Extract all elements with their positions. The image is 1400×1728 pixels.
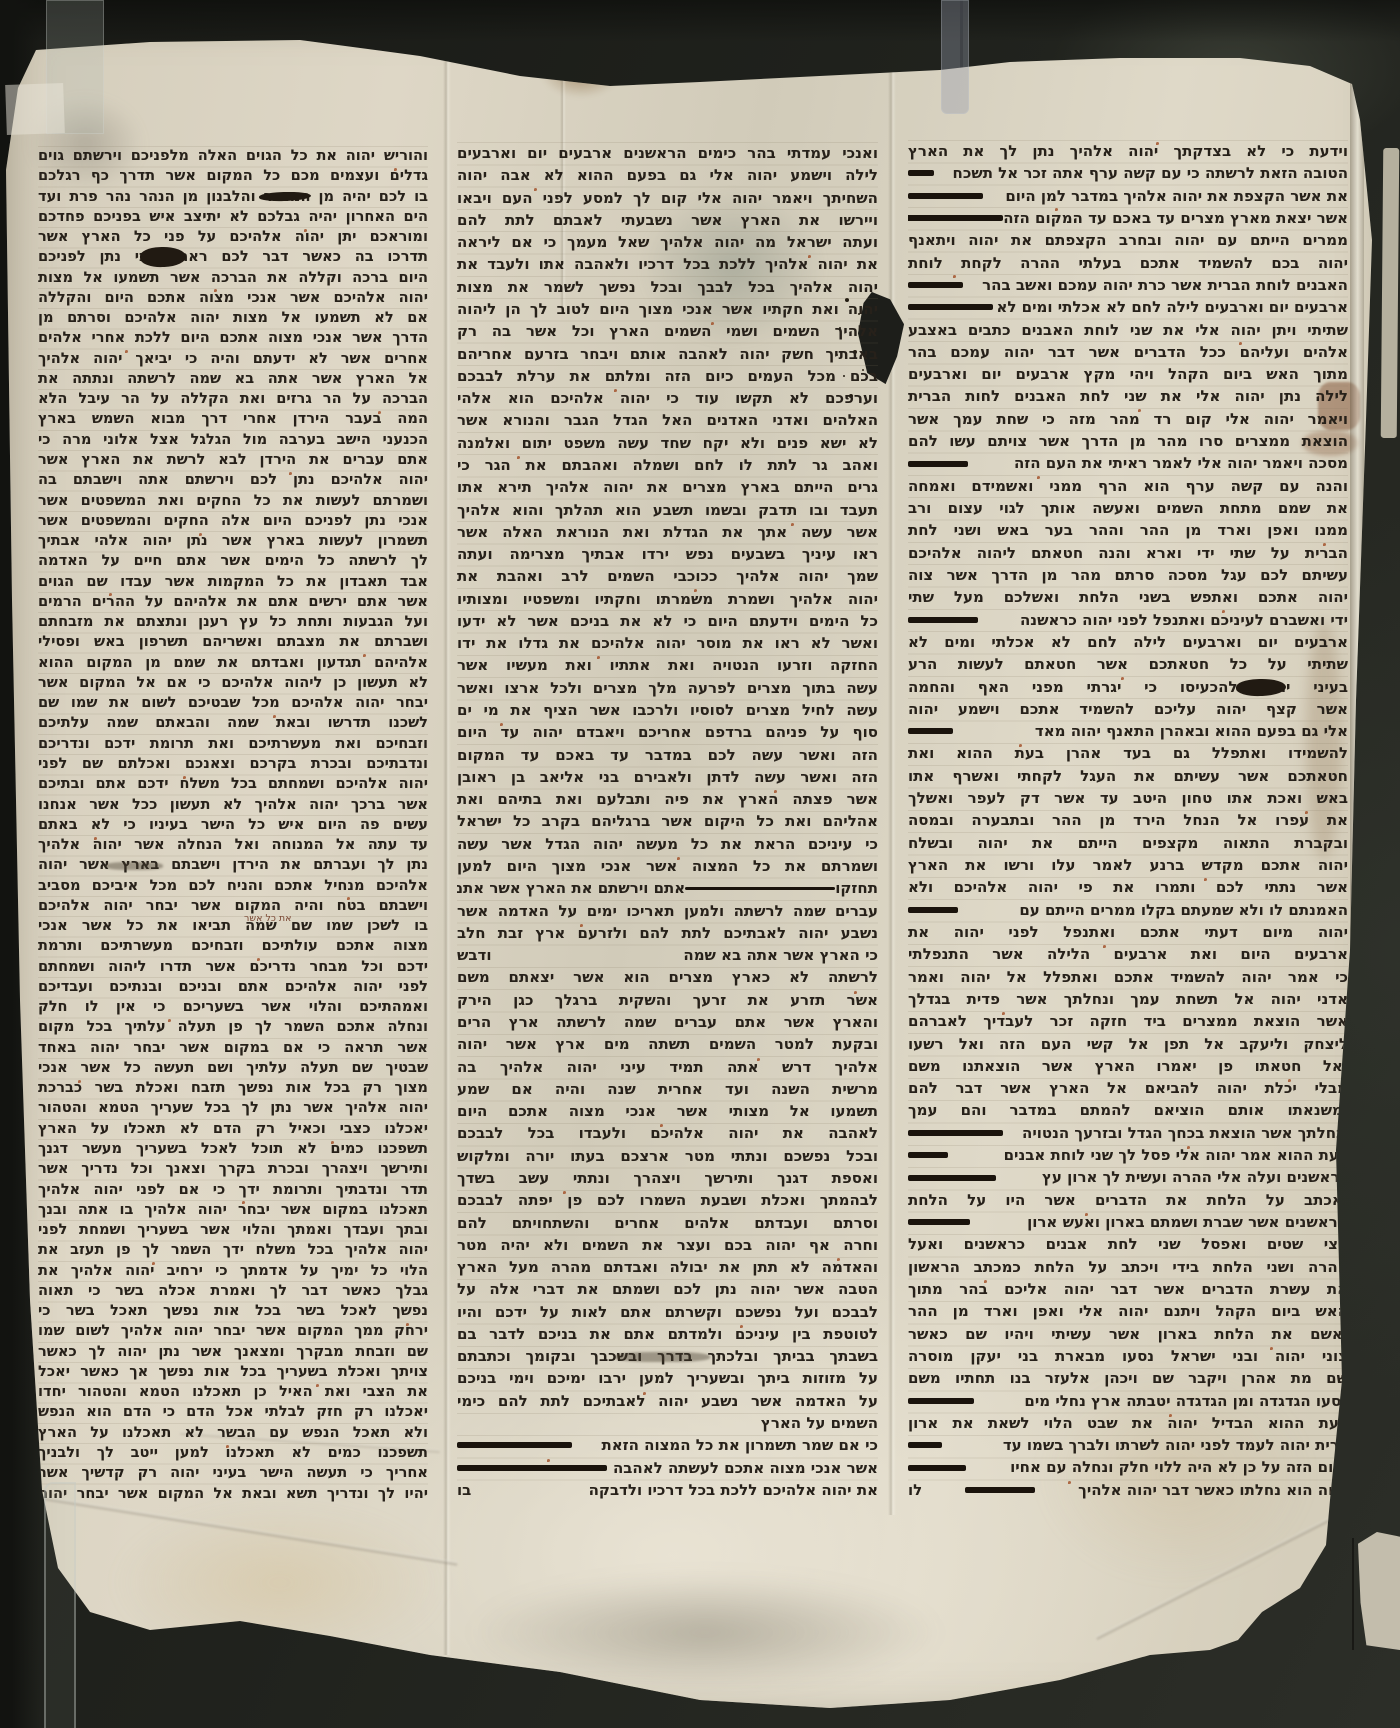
text-segment: האבנים לוחת הברית אשר כרת יהוה עמכם ואשב… <box>982 274 1348 296</box>
text-line: אל הארץ אשר אתה בא שמה לרשתה ונתתה את <box>38 369 428 389</box>
text-line: אלהיך השמים ושמי השמים הארץ וכל אשר בה ר… <box>457 320 878 342</box>
text-line: לבהמתך ואכלת ושבעת השמרו לכם פן יפתה לבב… <box>457 1189 878 1211</box>
text-line: גדלים ועצמים מכם כל המקום אשר תדרך כף רג… <box>38 166 428 186</box>
text-line: ארבעים יום וארבעים לילה לחם לא אכלתי ומי… <box>908 631 1348 653</box>
text-line: מצוך רק בכל אות נפשך תזבח ואכלת בשר כברכ… <box>38 1078 428 1098</box>
text-line: ואל חטאתו פן יאמרו הארץ אשר הוצאתנו משם <box>908 1055 1348 1077</box>
text-line: גרים הייתם בארץ מצרים את יהוה אלהיך תירא… <box>457 476 878 498</box>
text-line: ועתה ישראל מה יהוה אלהיך שאל מעמך כי אם … <box>457 231 878 253</box>
scrap-bottom-right-edge-line <box>1352 1538 1354 1650</box>
text-line: כי עיניכם הראת את כל מעשה יהוה הגדל אשר … <box>457 833 878 855</box>
text-line: אשר אתם ירשים אתם את אלהיהם על ההרים הרמ… <box>38 592 428 612</box>
text-line: מבלי יכלת יהוה להביאם אל הארץ אשר דבר לה… <box>908 1077 1348 1099</box>
text-line: נתן לך ועברתם את הירדן וישבתם בארץ אשר י… <box>38 855 428 875</box>
text-line: שם וזבחת מבקרך ומצאנך אשר נתן יהוה לך כא… <box>38 1342 428 1362</box>
red-fleck <box>547 1459 550 1462</box>
text-line: יבחר יהוה אלהיכם מכל שבטיכם לשום את שמו … <box>38 693 428 713</box>
text-line: ואנכי עמדתי בהר כימים הראשנים ארבעים יום… <box>457 142 878 164</box>
text-line: השמים על הארץ <box>457 1412 878 1434</box>
text-line: יהוה אלהיכם נתן לכם וירשתם אתה וישבתם בה <box>38 470 428 490</box>
text-line: כראשנים ועלה אלי ההרה ועשית לך ארון עץ <box>908 1166 1348 1188</box>
text-line: יהוה בכם להשמיד אתכם בעלתי ההרה לקחת לוח… <box>908 252 1348 274</box>
line-filler-bar <box>908 1398 974 1404</box>
text-line: שמך יהוה אלהיך ככוכבי השמים לרב ואהבת את <box>457 565 878 587</box>
tape-right-edge <box>1381 148 1400 438</box>
text-segment: בו <box>457 1479 471 1501</box>
text-line: היום הזה על כן לא היה ללוי חלק ונחלה עם … <box>908 1456 1348 1478</box>
text-segment: ודבש <box>457 944 492 966</box>
text-line: גבלך כאשר דבר לך ואמרת אכלה בשר כי תאוה <box>38 1281 428 1301</box>
text-line: יהוה אלהיך ושמרת משמרתו וחקתיו ומשפטיו ו… <box>457 588 878 610</box>
text-line: יהוה אלהיכם ושמחתם בכל משלח ידכם אתם ובת… <box>38 774 428 794</box>
text-line: וסרתם ועבדתם אלהים אחרים והשתחויתם להם <box>457 1212 878 1234</box>
text-segment: הראשנים אשר שברת ושמתם בארון ואעש ארון <box>1027 1211 1348 1233</box>
red-fleck <box>406 1323 409 1326</box>
text-segment: כראשנים ועלה אלי ההרה ועשית לך ארון עץ <box>1042 1166 1348 1188</box>
text-line: וזבחיכם ואת מעשרתיכם ואת תרומת ידכם ונדר… <box>38 734 428 754</box>
line-filler-bar <box>908 170 934 176</box>
text-line: שתיתי ויתן יהוה אלי את שני לוחת האבנים כ… <box>908 319 1348 341</box>
text-line: סוף על פניהם ברדפם אחריכם ויאבדם יהוה עד… <box>457 721 878 743</box>
text-line: אלהים ועליהם ככל הדברים אשר דבר יהוה עמכ… <box>908 341 1348 363</box>
text-line: כי אמר יהוה להשמיד אתכם ואתפלל אל יהוה ו… <box>908 966 1348 988</box>
text-line: היום ברכה וקללה את הברכה אשר תשמעו אל מצ… <box>38 268 428 288</box>
text-line: בעת ההוא הבדיל יהוה את שבט הלוי לשאת את … <box>908 1412 1348 1434</box>
text-line: את אשר הקצפת את יהוה אלהיך במדבר למן היו… <box>908 185 1348 207</box>
text-line: הראשנים אשר שברת ושמתם בארון ואעש ארון <box>908 1211 1348 1233</box>
text-segment: ברית יהוה לעמד לפני יהוה לשרתו ולברך בשמ… <box>1003 1434 1348 1456</box>
text-line: ובתך ועבדך ואמתך והלוי אשר בשעריך ושמחת … <box>38 1220 428 1240</box>
text-line: תשפכנו כמים לא תאכלנו למען ייטב לך ולבני… <box>38 1443 428 1463</box>
red-fleck <box>1187 1146 1190 1149</box>
text-line: שם מת אהרן ויקבר שם ויכהן אלעזר בנו תחתי… <box>908 1367 1348 1389</box>
text-segment: ונחלתך אשר הוצאת בכחך הגדל ובזרעך הנטויה <box>1022 1122 1348 1144</box>
crease-gutter-left <box>443 55 451 1655</box>
text-column-rightmost: וידעת כי לא בצדקתך יהוה אלהיך נתן לך את … <box>908 140 1348 1502</box>
line-filler-bar <box>908 1130 1003 1136</box>
text-line: ובכל נפשכם ונתתי מטר ארצכם בעתו יורה ומל… <box>457 1145 878 1167</box>
text-line: אחרים אשר לא ידעתם והיה כי יביאך יהוה אל… <box>38 349 428 369</box>
text-line: עשה בתוך מצרים לפרעה מלך מצרים ולכל ארצו… <box>457 677 878 699</box>
text-line: יהיו לך ונדריך תשא ובאת אל המקום אשר יבח… <box>38 1484 428 1504</box>
line-filler-bar <box>908 1175 996 1181</box>
text-line: ונדבתיכם ובכרת בקרכם וצאנכם ואכלתם שם לפ… <box>38 754 428 774</box>
text-line: אהליהם ואת כל היקום אשר ברגליהם בקרב כל … <box>457 810 878 832</box>
text-line: לפני יהוה אלהיכם אתם ובניכם ובנתיכם ועבד… <box>38 977 428 997</box>
text-line: חטאתכם אשר עשיתם את העגל לקחתי ואשרף אתו <box>908 765 1348 787</box>
text-line: אשר תראה כי אם במקום אשר יבחר יהוה באחד <box>38 1038 428 1058</box>
text-segment: ארבעים יום וארבעים לילה לחם לא אכלתי ומי… <box>996 296 1348 318</box>
text-line: שתיתי על כל חטאתכם אשר חטאתם לעשות הרע <box>908 653 1348 675</box>
text-line: הדרך אשר אנכי מצוה אתכם היום ללכת אחרי א… <box>38 328 428 348</box>
text-line: לך לרשתה כל הימים אשר אתם חיים על האדמה <box>38 551 428 571</box>
text-line: הזה ואשר עשה לכם במדבר עד באכם עד המקום <box>457 744 878 766</box>
text-segment: אתם וירשתם את הארץ אשר אתם <box>457 877 685 899</box>
text-line: ממנו ואפן וארד מן ההר וההר בער באש ושני … <box>908 519 1348 541</box>
red-fleck <box>394 168 397 171</box>
text-line: ואמהתיכם והלוי אשר בשעריכם כי אין לו חלק <box>38 997 428 1017</box>
text-line: יהוה אתכם ואתפש בשני הלחת ואשלכם מעל שתי <box>908 586 1348 608</box>
text-line: ממרים הייתם עם יהוה ובחרב הקצפתם את יהוה… <box>908 229 1348 251</box>
tape-top-left-patch <box>5 83 65 135</box>
text-line: אלהיהם תגדעון ואבדתם את שמם מן המקום ההו… <box>38 653 428 673</box>
text-line: עשיתם לכם עגל מסכה סרתם מהר מן הדרך אשר … <box>908 564 1348 586</box>
text-line: ומשנאתו אותם הוציאם להמתם במדבר והם עמך <box>908 1099 1348 1121</box>
red-fleck <box>78 1080 81 1083</box>
scribal-correction-note: את כל אשר <box>244 913 292 924</box>
line-filler-bar <box>908 617 978 623</box>
text-line: ואשם את הלחת בארון אשר עשיתי ויהיו שם כא… <box>908 1323 1348 1345</box>
text-line: לרשתה לא כארץ מצרים הוא אשר יצאתם משם <box>457 966 878 988</box>
red-fleck <box>273 715 276 718</box>
red-fleck <box>289 472 292 475</box>
red-fleck <box>199 533 202 536</box>
text-line: אלהיכם מנחיל אתכם והניח לכם מכל איביכם מ… <box>38 876 428 896</box>
text-line: והנה עם קשה ערף הוא הרף ממני ואשמידם ואמ… <box>908 475 1348 497</box>
text-line: ידי ואשברם לעיניכם ואתנפל לפני יהוה כראש… <box>908 609 1348 631</box>
text-line: ארבעים יום וארבעים לילה לחם לא אכלתי ומי… <box>908 296 1348 318</box>
ink-blot <box>615 1352 710 1362</box>
text-line: ידכם וכל מבחר נדריכם אשר תדרו ליהוה ושמח… <box>38 957 428 977</box>
line-filler-bar <box>457 1442 572 1448</box>
red-fleck <box>316 1384 319 1387</box>
text-line: תשמעו אל מצותי אשר אנכי מצוה אתכם היום <box>457 1100 878 1122</box>
text-line: אשר נתתי לכם ותמרו את פי יהוה אלהיכם ולא <box>908 876 1348 898</box>
text-line: ויירשו את הארץ אשר נשבעתי לאבתם לתת להם <box>457 209 878 231</box>
text-segment: יהוה הוא נחלתו כאשר דבר יהוה אלהיך <box>1078 1479 1348 1501</box>
text-line: ירחק ממך המקום אשר יבחר יהוה אלהיך לשום … <box>38 1321 428 1341</box>
text-line: הלוי כל ימיך על אדמתך כי ירחיב יהוה אלהי… <box>38 1261 428 1281</box>
text-line: אשר תזרע את זרעך והשקית ברגלך כגן הירק <box>457 989 878 1011</box>
text-line: הכנעני הישב בערבה מול הגלגל אצל אלוני מר… <box>38 430 428 450</box>
text-line: עברים שמה לרשתה ולמען תאריכו ימים על האד… <box>457 900 878 922</box>
text-line: ההרה ושני הלחת בידי ויכתב על הלחת כמכתב … <box>908 1256 1348 1278</box>
text-line: ברית יהוה לעמד לפני יהוה לשרתו ולברך בשמ… <box>908 1434 1348 1456</box>
text-line: הברכה על הר גרזים ואת הקללה על הר עיבל ה… <box>38 389 428 409</box>
red-fleck <box>363 654 366 657</box>
text-line: כל הימים וידעתם היום כי לא את בניכם אשר … <box>457 610 878 632</box>
text-column-leftmost: והוריש יהוה את כל הגוים האלה מלפניכם ויר… <box>38 146 428 1504</box>
text-line: האלהים ואדני האדנים האל הגדל הגבר והנורא… <box>457 409 878 431</box>
red-fleck <box>1068 1481 1071 1484</box>
text-line: אשר יצאת מארץ מצרים עד באכם עד המקום הזה <box>908 207 1348 229</box>
text-segment: ידי ואשברם לעיניכם ואתנפל לפני יהוה כראש… <box>1020 609 1348 631</box>
red-fleck <box>854 991 857 994</box>
text-line: יהוה מיום דעתי אתכם ואתנפל לפני יהוה את <box>908 921 1348 943</box>
text-line: מתוך האש ביום הקהל ויהי מקץ ארבעים יום ו… <box>908 363 1348 385</box>
text-line: על מזוזות ביתך ובשעריך למען ירבו ימיכם ו… <box>457 1367 878 1389</box>
text-line: בעת ההוא אמר יהוה אלי פסל לך שני לוחת אב… <box>908 1144 1348 1166</box>
text-line: לבבכם ועל נפשכם וקשרתם אתם לאות על ידכם … <box>457 1301 878 1323</box>
text-line: נשבע יהוה לאבתיכם לתת להם ולזרעם ארץ זבת… <box>457 922 878 944</box>
crease-gutter-right <box>888 55 896 1515</box>
text-line: ולא תאכל הנפש עם הבשר לא תאכלנו על הארץ <box>38 1423 428 1443</box>
text-line: צויתך ואכלת בשעריך בכל אות נפשך אך כאשר … <box>38 1362 428 1382</box>
text-line: ואכתב על הלחת את הדברים אשר היו על הלחת <box>908 1189 1348 1211</box>
text-line: עצי שטים ואפסל שני לחת אבנים כראשנים ואע… <box>908 1233 1348 1255</box>
tape-bottom-left <box>44 1482 76 1728</box>
manuscript-photo: וידעת כי לא בצדקתך יהוה אלהיך נתן לך את … <box>0 0 1400 1728</box>
text-line: נסעו הגדגדה ומן הגדגדה יטבתה ארץ נחלי מי… <box>908 1390 1348 1412</box>
text-segment: מסכה ויאמר יהוה אלי לאמר ראיתי את העם הז… <box>1014 452 1348 474</box>
text-segment: השמים על הארץ <box>761 1412 878 1434</box>
text-line: בו לשכן שמו שם שמה תביאו את כל אשר אנכי <box>38 916 428 936</box>
text-line: האבנים לוחת הברית אשר כרת יהוה עמכם ואשב… <box>908 274 1348 296</box>
text-line: לילה וישמע יהוה אלי גם בפעם ההוא לא אבה … <box>457 164 878 186</box>
text-line: עשים פה היום איש כל הישר בעיניו כי לא בא… <box>38 815 428 835</box>
text-line: וערפכם לא תקשו עוד כי יהוה אלהיכם הוא אל… <box>457 387 878 409</box>
text-line: את עשרת הדברים אשר דבר יהוה אליכם בהר מת… <box>908 1278 1348 1300</box>
text-line: הים האחרון יהיה גבלכם לא יתיצב איש בפניכ… <box>38 207 428 227</box>
red-fleck <box>94 837 97 840</box>
text-line: עשה לחיל מצרים לסוסיו ולרכבו אשר הציף את… <box>457 699 878 721</box>
text-line: את שמם מתחת השמים ואעשה אותך לגוי עצום ו… <box>908 497 1348 519</box>
text-line: ונחלתך אשר הוצאת בכחך הגדל ובזרעך הנטויה <box>908 1122 1348 1144</box>
text-line: אשר פצתה הארץ את פיה ותבלעם ואת בתיהם וא… <box>457 788 878 810</box>
text-segment: את אשר הקצפת את יהוה אלהיך במדבר למן היו… <box>1005 185 1348 207</box>
red-fleck <box>168 1019 171 1022</box>
red-fleck <box>774 790 777 793</box>
text-line: יאכלנו רק חזק לבלתי אכל הדם כי הדם הוא ה… <box>38 1402 428 1422</box>
text-segment: הטובה הזאת לרשתה כי עם קשה ערף אתה זכר א… <box>953 162 1348 184</box>
text-line: וישבתם בטח והיה המקום אשר יבחר יהוה אלהי… <box>38 896 428 916</box>
text-line: השחיתך ויאמר יהוה אלי קום לך למסע לפני ה… <box>457 187 878 209</box>
text-segment: כי הארץ אשר אתה בא שמה <box>683 944 878 966</box>
red-fleck <box>304 229 307 232</box>
text-line: תשמרון לעשות בארץ אשר נתן יהוה אלהי אבתי… <box>38 531 428 551</box>
text-line: צוני יהוה ובני ישראל נסעו מבארת בני יעקן… <box>908 1345 1348 1367</box>
text-line: יהוה אלהיך בכל משלח ידך השמר לך פן תעזב … <box>38 1240 428 1260</box>
text-line: הוצאת ממצרים סרו מהר מן הדרך אשר צויתם ע… <box>908 430 1348 452</box>
text-line: לא ישא פנים ולא יקח שחד עשה משפט יתום וא… <box>457 432 878 454</box>
text-line: ואהב גר לתת לו לחם ושמלה ואהבתם את הגר כ… <box>457 454 878 476</box>
text-line: המה בעבר הירדן אחרי דרך מבוא השמש בארץ <box>38 409 428 429</box>
text-line: לשכנו תדרשו ובאת שמה והבאתם שמה עלתיכם <box>38 713 428 733</box>
text-line: יהוה אלהיכם אשר אנכי מצוה אתכם היום והקל… <box>38 288 428 308</box>
text-line: תדרכו בה כאשר דבר לכם ראה אנכי נתן לפניכ… <box>38 247 428 267</box>
text-line: אשר ברכך יהוה אלהיך לא תעשון ככל אשר אנח… <box>38 795 428 815</box>
text-line: יהוה הוא נחלתו כאשר דבר יהוה אלהיךלו <box>908 1479 1348 1501</box>
text-line: תשפכנו כמים לא תוכל לאכל בשעריך מעשר דגנ… <box>38 1139 428 1159</box>
text-line: הטבה אשר יהוה נתן לכם ושמתם את דברי אלה … <box>457 1278 878 1300</box>
text-line: כי הארץ אשר אתה בא שמהודבש <box>457 944 878 966</box>
line-filler-bar <box>908 461 968 467</box>
text-line: לא תעשון כן ליהוה אלהיכם כי אם אל המקום … <box>38 673 428 693</box>
line-filler-bar <box>908 304 993 310</box>
text-line: ראו עיניך בשבעים נפש ירדו אבתיך מצרימה ו… <box>457 543 878 565</box>
red-fleck <box>808 255 811 258</box>
line-filler-bar <box>908 282 963 288</box>
line-filler-bar <box>908 728 953 734</box>
line-filler-bar <box>908 1465 966 1471</box>
text-segment: כי אם שמר תשמרון את כל המצוה הזאת <box>601 1434 878 1456</box>
text-line: ותירשך ויצהרך ובכרת בקרך וצאנך וכל נדריך… <box>38 1159 428 1179</box>
text-line: וידעת כי לא בצדקתך יהוה אלהיך נתן לך את … <box>908 140 1348 162</box>
text-line: את עפרו אל הנחל הירד מן ההר ובתבערה ובמס… <box>908 809 1348 831</box>
text-line: אשר קצף יהוה עליכם להשמיד אתכם וישמע יהו… <box>908 698 1348 720</box>
text-line: ואשר לא ראו את מוסר יהוה אלהיכם את גדלו … <box>457 632 878 654</box>
text-line: האמנתם לו ולא שמעתם בקלו ממרים הייתם עם <box>908 899 1348 921</box>
text-line: לאהבה את יהוה אלהיכם ולעבדו בכל לבבכם <box>457 1122 878 1144</box>
text-line: עד עתה אל המנוחה ואל הנחלה אשר יהוה אלהי… <box>38 835 428 855</box>
text-segment: אלי גם בפעם ההוא ובאהרן התאנף יהוה מאד <box>1035 720 1348 742</box>
text-line: ובקברת התאוה מקצפים הייתם את יהוה ובשלח <box>908 832 1348 854</box>
text-line: את הצבי ואת האיל כן תאכלנו הטמא והטהור י… <box>38 1382 428 1402</box>
text-segment: נסעו הגדגדה ומן הגדגדה יטבתה ארץ נחלי מי… <box>1024 1390 1348 1412</box>
red-fleck <box>226 1445 229 1448</box>
text-line: את יהוה אלהיך ללכת בכל דרכיו ולאהבה אתו … <box>457 253 878 275</box>
text-line: ויאמר יהוה אלי קום רד מהר מזה כי שחת עמך… <box>908 408 1348 430</box>
text-line: ושברתם את מצבתם ואשריהם תשרפון באש ופסיל… <box>38 632 428 652</box>
text-line: נפשך לאכל בשר בכל אות נפשך תאכל בשר כי <box>38 1301 428 1321</box>
text-line: אתם עברים את הירדן לבא לרשת את הארץ אשר <box>38 450 428 470</box>
text-line: והוריש יהוה את כל הגוים האלה מלפניכם ויר… <box>38 146 428 166</box>
text-line: תדר ונדבתיך ותרומת ידך כי אם לפני יהוה א… <box>38 1180 428 1200</box>
text-line: והארץ אשר אתם עברים שמה לרשתה ארץ הרים <box>457 1011 878 1033</box>
text-line: הזה ואשר עשה לדתן ולאבירם בני אליאב בן ר… <box>457 766 878 788</box>
text-line: באבתיך חשק יהוה לאהבה אותם ויבחר בזרעם א… <box>457 343 878 365</box>
text-segment: בעת ההוא אמר יהוה אלי פסל לך שני לוחת אב… <box>1004 1144 1348 1166</box>
red-fleck <box>614 389 617 392</box>
text-segment: לו <box>908 1479 922 1501</box>
text-line: לטוטפת בין עיניכם ולמדתם אתם את בניכם לד… <box>457 1323 878 1345</box>
text-line: אשר הוצאת ממצרים ביד חזקה זכר לעבדיך לאב… <box>908 1010 1348 1032</box>
red-fleck <box>517 456 520 459</box>
text-line: מרשית השנה ועד אחרית שנה והיה אם שמע <box>457 1078 878 1100</box>
text-line: אם לא תשמעו אל מצות יהוה אלהיכם וסרתם מן <box>38 308 428 328</box>
text-line: ושמרתם לעשות את כל החקים ואת המשפטים אשר <box>38 491 428 511</box>
text-line: הברית על שתי ידי וארא והנה חטאתם ליהוה א… <box>908 542 1348 564</box>
text-line: ובקעת למטר השמים תשתה מים ארץ אשר יהוה <box>457 1033 878 1055</box>
text-segment: האמנתם לו ולא שמעתם בקלו ממרים הייתם עם <box>1019 899 1348 921</box>
text-line: שבטיך שם תעלה עלתיך ושם תעשה כל אשר אנכי <box>38 1058 428 1078</box>
text-segment: תחזקו <box>835 877 878 899</box>
text-line: אלי גם בפעם ההוא ובאהרן התאנף יהוה מאד <box>908 720 1348 742</box>
text-column-middle: ואנכי עמדתי בהר כימים הראשנים ארבעים יום… <box>457 142 878 1502</box>
line-filler-bar <box>685 887 835 890</box>
line-filler-bar <box>908 215 1003 221</box>
text-line: הטובה הזאת לרשתה כי עם קשה ערף אתה זכר א… <box>908 162 1348 184</box>
text-line: מצוה אתכם עולתיכם וזבחיכם מעשרתיכם ותרמת <box>38 936 428 956</box>
text-line: יהוה אלהיך בכל לבבך ובכל נפשך לשמר את מצ… <box>457 276 878 298</box>
text-line: אדני יהוה אל תשחת עמך ונחלתך אשר פדית בג… <box>908 988 1348 1010</box>
text-line: את יהוה אלהיכם ללכת בכל דרכיו ולדבקהבו <box>457 1479 878 1501</box>
parchment-sheet: וידעת כי לא בצדקתך יהוה אלהיך נתן לך את … <box>0 0 1400 1728</box>
text-line: כי אם שמר תשמרון את כל המצוה הזאת <box>457 1434 878 1456</box>
red-fleck <box>757 1058 760 1061</box>
text-line: בכם מכל העמים כיום הזה ומלתם את ערלת לבב… <box>457 365 878 387</box>
line-filler-bar <box>908 907 958 913</box>
text-line: והאדמה לא תתן את יבולה ואבדתם מהרה מעל ה… <box>457 1256 878 1278</box>
text-line: תחזקואתם וירשתם את הארץ אשר אתם <box>457 877 878 899</box>
line-filler-bar <box>908 1219 970 1225</box>
text-line: אחריך כי תעשה הישר בעיני יהוה רק קדשיך א… <box>38 1463 428 1483</box>
text-line: תאכלנו במקום אשר יבחר יהוה אלהיך בו אתה … <box>38 1200 428 1220</box>
text-line: אשר אנכי מצוה אתכם לעשתה לאהבה <box>457 1457 878 1479</box>
red-fleck <box>791 523 794 526</box>
text-segment: אשר אנכי מצוה אתכם לעשתה לאהבה <box>613 1457 878 1479</box>
text-line: וחרה אף יהוה בכם ועצר את השמים ולא יהיה … <box>457 1234 878 1256</box>
text-segment: היום הזה על כן לא היה ללוי חלק ונחלה עם … <box>1010 1456 1348 1478</box>
text-line: ומוראכם יתן יהוה אלהיכם על פני כל הארץ א… <box>38 227 428 247</box>
tape-top-center <box>941 0 969 114</box>
red-fleck <box>711 322 714 325</box>
text-line: החזקה וזרעו הנטויה ואת אתתיו ואת מעשיו א… <box>457 654 878 676</box>
line-filler-bar <box>908 1152 948 1158</box>
ink-blot <box>105 862 163 870</box>
text-line: ושמרתם את כל המצוה אשר אנכי מצוך היום למ… <box>457 855 878 877</box>
red-fleck <box>1156 142 1159 145</box>
text-line: על האדמה אשר נשבע יהוה לאבתיכם לתת להם כ… <box>457 1390 878 1412</box>
text-line: לילה נתן יהוה אלי את שני לחת האבנים לחות… <box>908 385 1348 407</box>
line-filler-bar <box>965 1487 1035 1493</box>
text-line: להשמידו ואתפלל גם בעד אהרן בעת ההוא ואת <box>908 742 1348 764</box>
text-line: אשר עשה אתך את הגדלת ואת הנוראת האלה אשר <box>457 521 878 543</box>
text-line: ועל הגבעות ותחת כל עץ רענן ונתצתם את מזב… <box>38 612 428 632</box>
text-line: באש ואכת אתו טחון היטב עד אשר דק לעפר וא… <box>908 787 1348 809</box>
text-line: ונחלה אתכם השמר לך פן תעלה עלתיך בכל מקו… <box>38 1017 428 1037</box>
text-line: יהוה אלהיך אשר נתן לך בכל שעריך הטמא והט… <box>38 1098 428 1118</box>
text-line: תעבד ובו תדבק ובשמו תשבע הוא תהלתך והוא … <box>457 499 878 521</box>
line-filler-bar <box>908 193 983 199</box>
text-line: בו לכם יהיה מן המדבר והלבנון מן הנהר נהר… <box>38 187 428 207</box>
text-line: אנכי נתן לפניכם היום אלה החקים והמשפטים … <box>38 511 428 531</box>
text-line: ארבעים היום ואת ארבעים הלילה אשר התנפלתי <box>908 943 1348 965</box>
text-segment: את יהוה אלהיכם ללכת בכל דרכיו ולדבקה <box>589 1479 878 1501</box>
text-line: ליצחק וליעקב אל תפן אל קשי העם הזה ואל ר… <box>908 1033 1348 1055</box>
text-line: יאכלנו כצבי וכאיל רק הדם לא תאכלו על האר… <box>38 1119 428 1139</box>
text-line: האש ביום הקהל ויתנם יהוה אלי ואפן וארד מ… <box>908 1300 1348 1322</box>
line-filler-bar <box>457 1465 607 1471</box>
text-line: אבד תאבדון את כל המקמות אשר עבדו שם הגוי… <box>38 572 428 592</box>
text-line: יהוה ואת חקתיו אשר אנכי מצוך היום לטוב ל… <box>457 298 878 320</box>
red-fleck <box>125 350 128 353</box>
text-line: מסכה ויאמר יהוה אלי לאמר ראיתי את העם הז… <box>908 452 1348 474</box>
text-line: ואספת דגנך ותירשך ויצהרך ונתתי עשב בשדך <box>457 1167 878 1189</box>
text-line: אלהיך דרש אתה תמיד עיני יהוה אלהיך בה <box>457 1056 878 1078</box>
text-line: יהוה אתכם מקדש ברנע לאמר עלו ורשו את האר… <box>908 854 1348 876</box>
line-filler-bar <box>908 1442 942 1448</box>
